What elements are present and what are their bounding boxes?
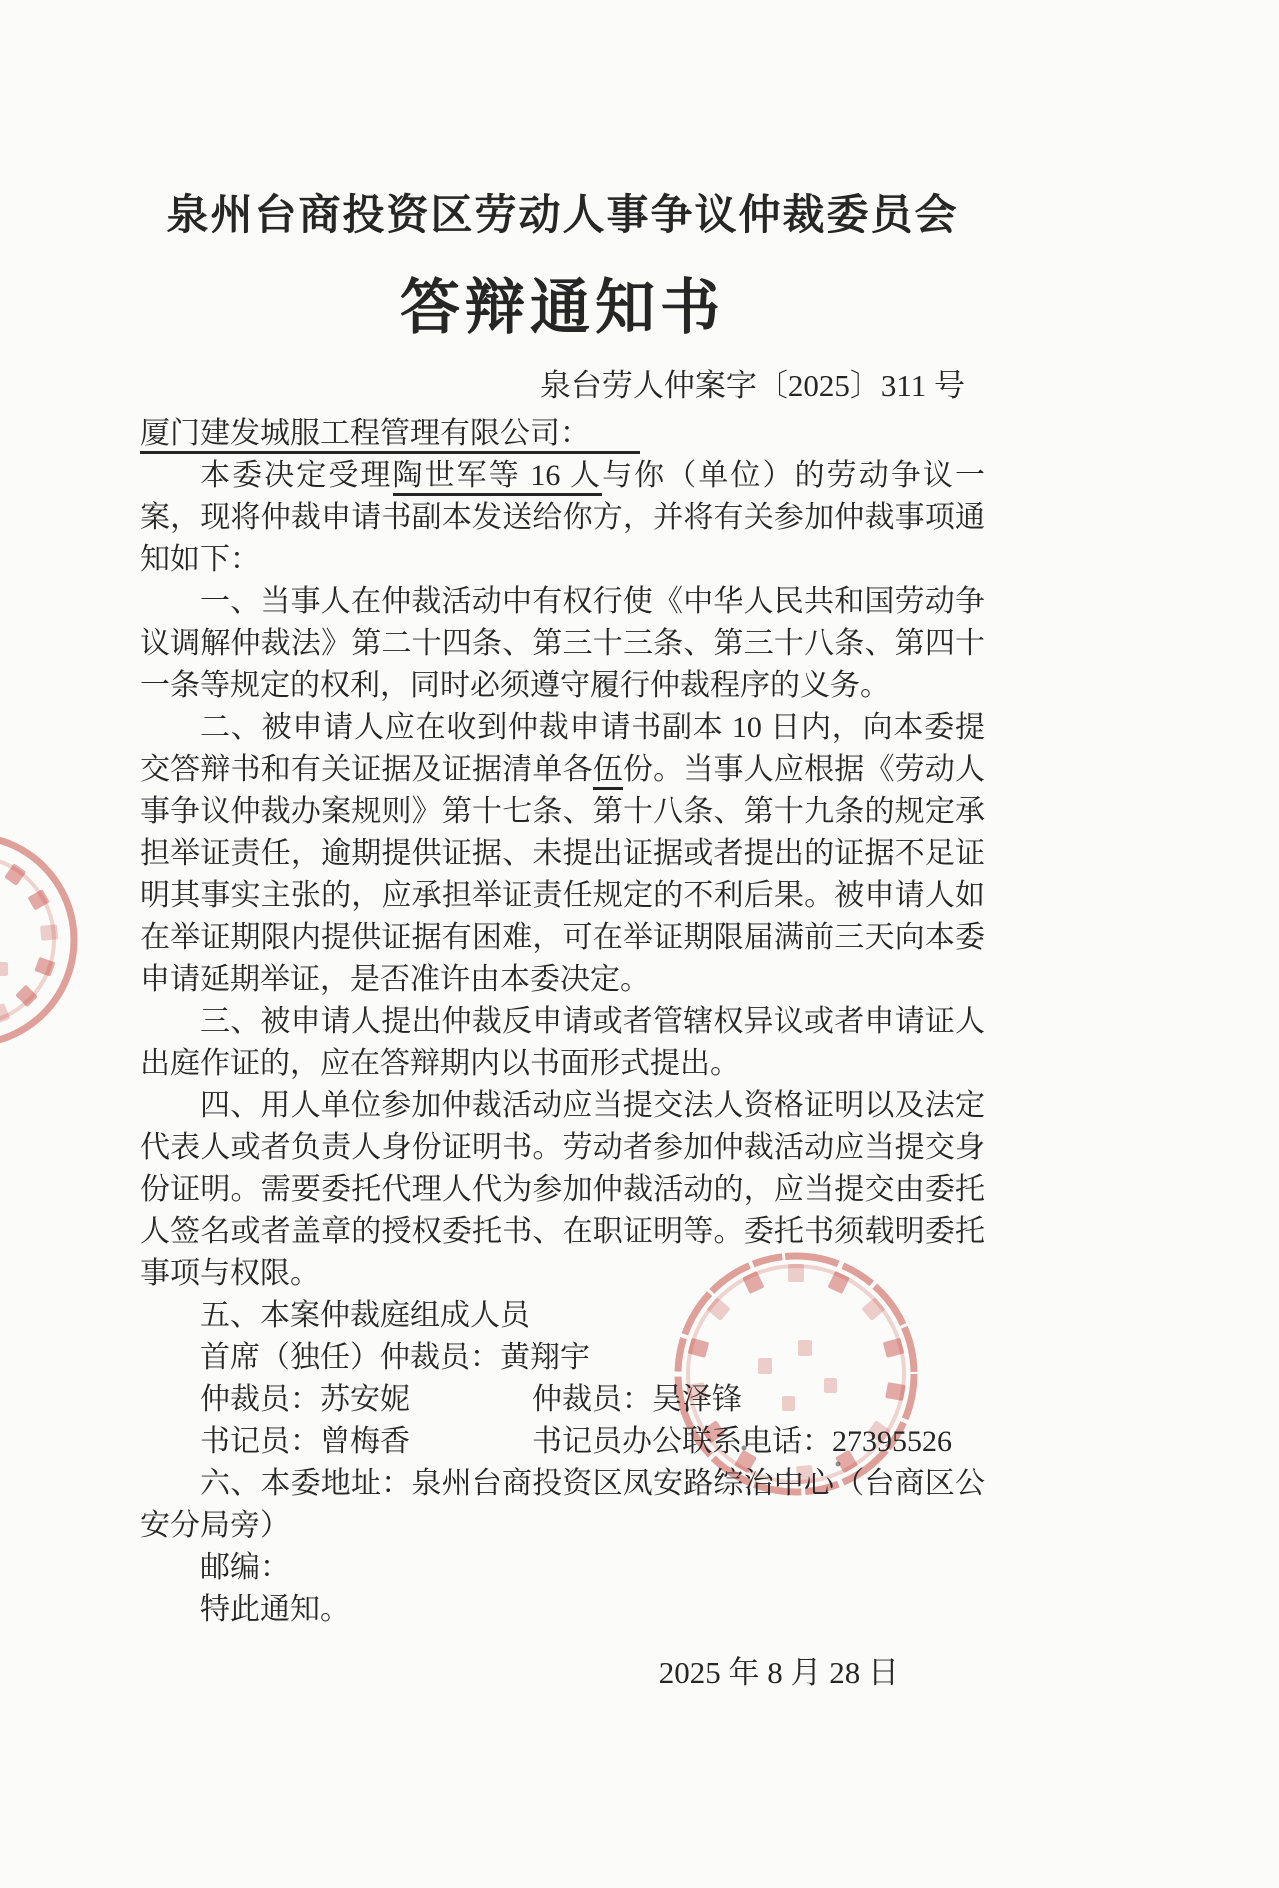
closing-line: 特此通知。 bbox=[140, 1589, 985, 1631]
clerk-row: 书记员：曾梅香 书记员办公联系电话：27395526 bbox=[140, 1421, 985, 1463]
recipient-line: 厦门建发城服工程管理有限公司： bbox=[140, 413, 985, 455]
document-body: 厦门建发城服工程管理有限公司： 本委决定受理陶世军等 16 人与你（单位）的劳动… bbox=[140, 413, 985, 1631]
item-6-address: 六、本委地址：泉州台商投资区凤安路综治中心（台商区公安分局旁） bbox=[140, 1463, 985, 1547]
scanned-notice-page: 泉州台商投资区劳动人事争议仲裁委员会 答辩通知书 泉台劳人仲案字〔2025〕31… bbox=[0, 0, 1279, 1888]
chief-arbitrator-line: 首席（独任）仲裁员：黄翔宇 bbox=[140, 1337, 985, 1379]
issue-date: 2025 年 8 月 28 日 bbox=[140, 1647, 985, 1692]
item-5-heading: 五、本案仲裁庭组成人员 bbox=[140, 1295, 985, 1337]
item-2-post: 份。当事人应根据《劳动人事争议仲裁办案规则》第十七条、第十八条、第十九条的规定承… bbox=[140, 753, 985, 996]
applicants-underlined: 陶世军等 16 人 bbox=[393, 459, 603, 496]
red-seal-left-partial bbox=[0, 812, 108, 1072]
recipient-name: 厦门建发城服工程管理有限公司： bbox=[140, 417, 640, 454]
document-title: 答辩通知书 bbox=[140, 260, 985, 346]
item-3-paragraph: 三、被申请人提出仲裁反申请或者管辖权异议或者申请证人出庭作证的，应在答辩期内以书… bbox=[140, 1001, 985, 1085]
item-1-paragraph: 一、当事人在仲裁活动中有权行使《中华人民共和国劳动争议调解仲裁法》第二十四条、第… bbox=[140, 581, 985, 707]
clerk-phone: 书记员办公联系电话：27395526 bbox=[532, 1421, 985, 1463]
item-2-paragraph: 二、被申请人应在收到仲裁申请书副本 10 日内，向本委提交答辩书和有关证据及证据… bbox=[140, 707, 985, 1001]
intro-paragraph: 本委决定受理陶世军等 16 人与你（单位）的劳动争议一案，现将仲裁申请书副本发送… bbox=[140, 455, 985, 581]
arbitrator-left: 仲裁员：苏安妮 bbox=[200, 1379, 532, 1421]
arbitrators-row: 仲裁员：苏安妮 仲裁员：吴泽锋 bbox=[140, 1379, 985, 1421]
item-4-paragraph: 四、用人单位参加仲裁活动应当提交法人资格证明以及法定代表人或者负责人身份证明书。… bbox=[140, 1085, 985, 1295]
copies-count-underlined: 伍 bbox=[593, 753, 623, 790]
organization-title: 泉州台商投资区劳动人事争议仲裁委员会 bbox=[140, 182, 985, 242]
case-number: 泉台劳人仲案字〔2025〕311 号 bbox=[140, 360, 985, 405]
intro-pre: 本委决定受理 bbox=[200, 459, 393, 492]
postal-code-line: 邮编： bbox=[140, 1547, 985, 1589]
document-content: 泉州台商投资区劳动人事争议仲裁委员会 答辩通知书 泉台劳人仲案字〔2025〕31… bbox=[140, 182, 985, 1692]
clerk-name: 书记员：曾梅香 bbox=[200, 1421, 532, 1463]
arbitrator-right: 仲裁员：吴泽锋 bbox=[532, 1379, 985, 1421]
